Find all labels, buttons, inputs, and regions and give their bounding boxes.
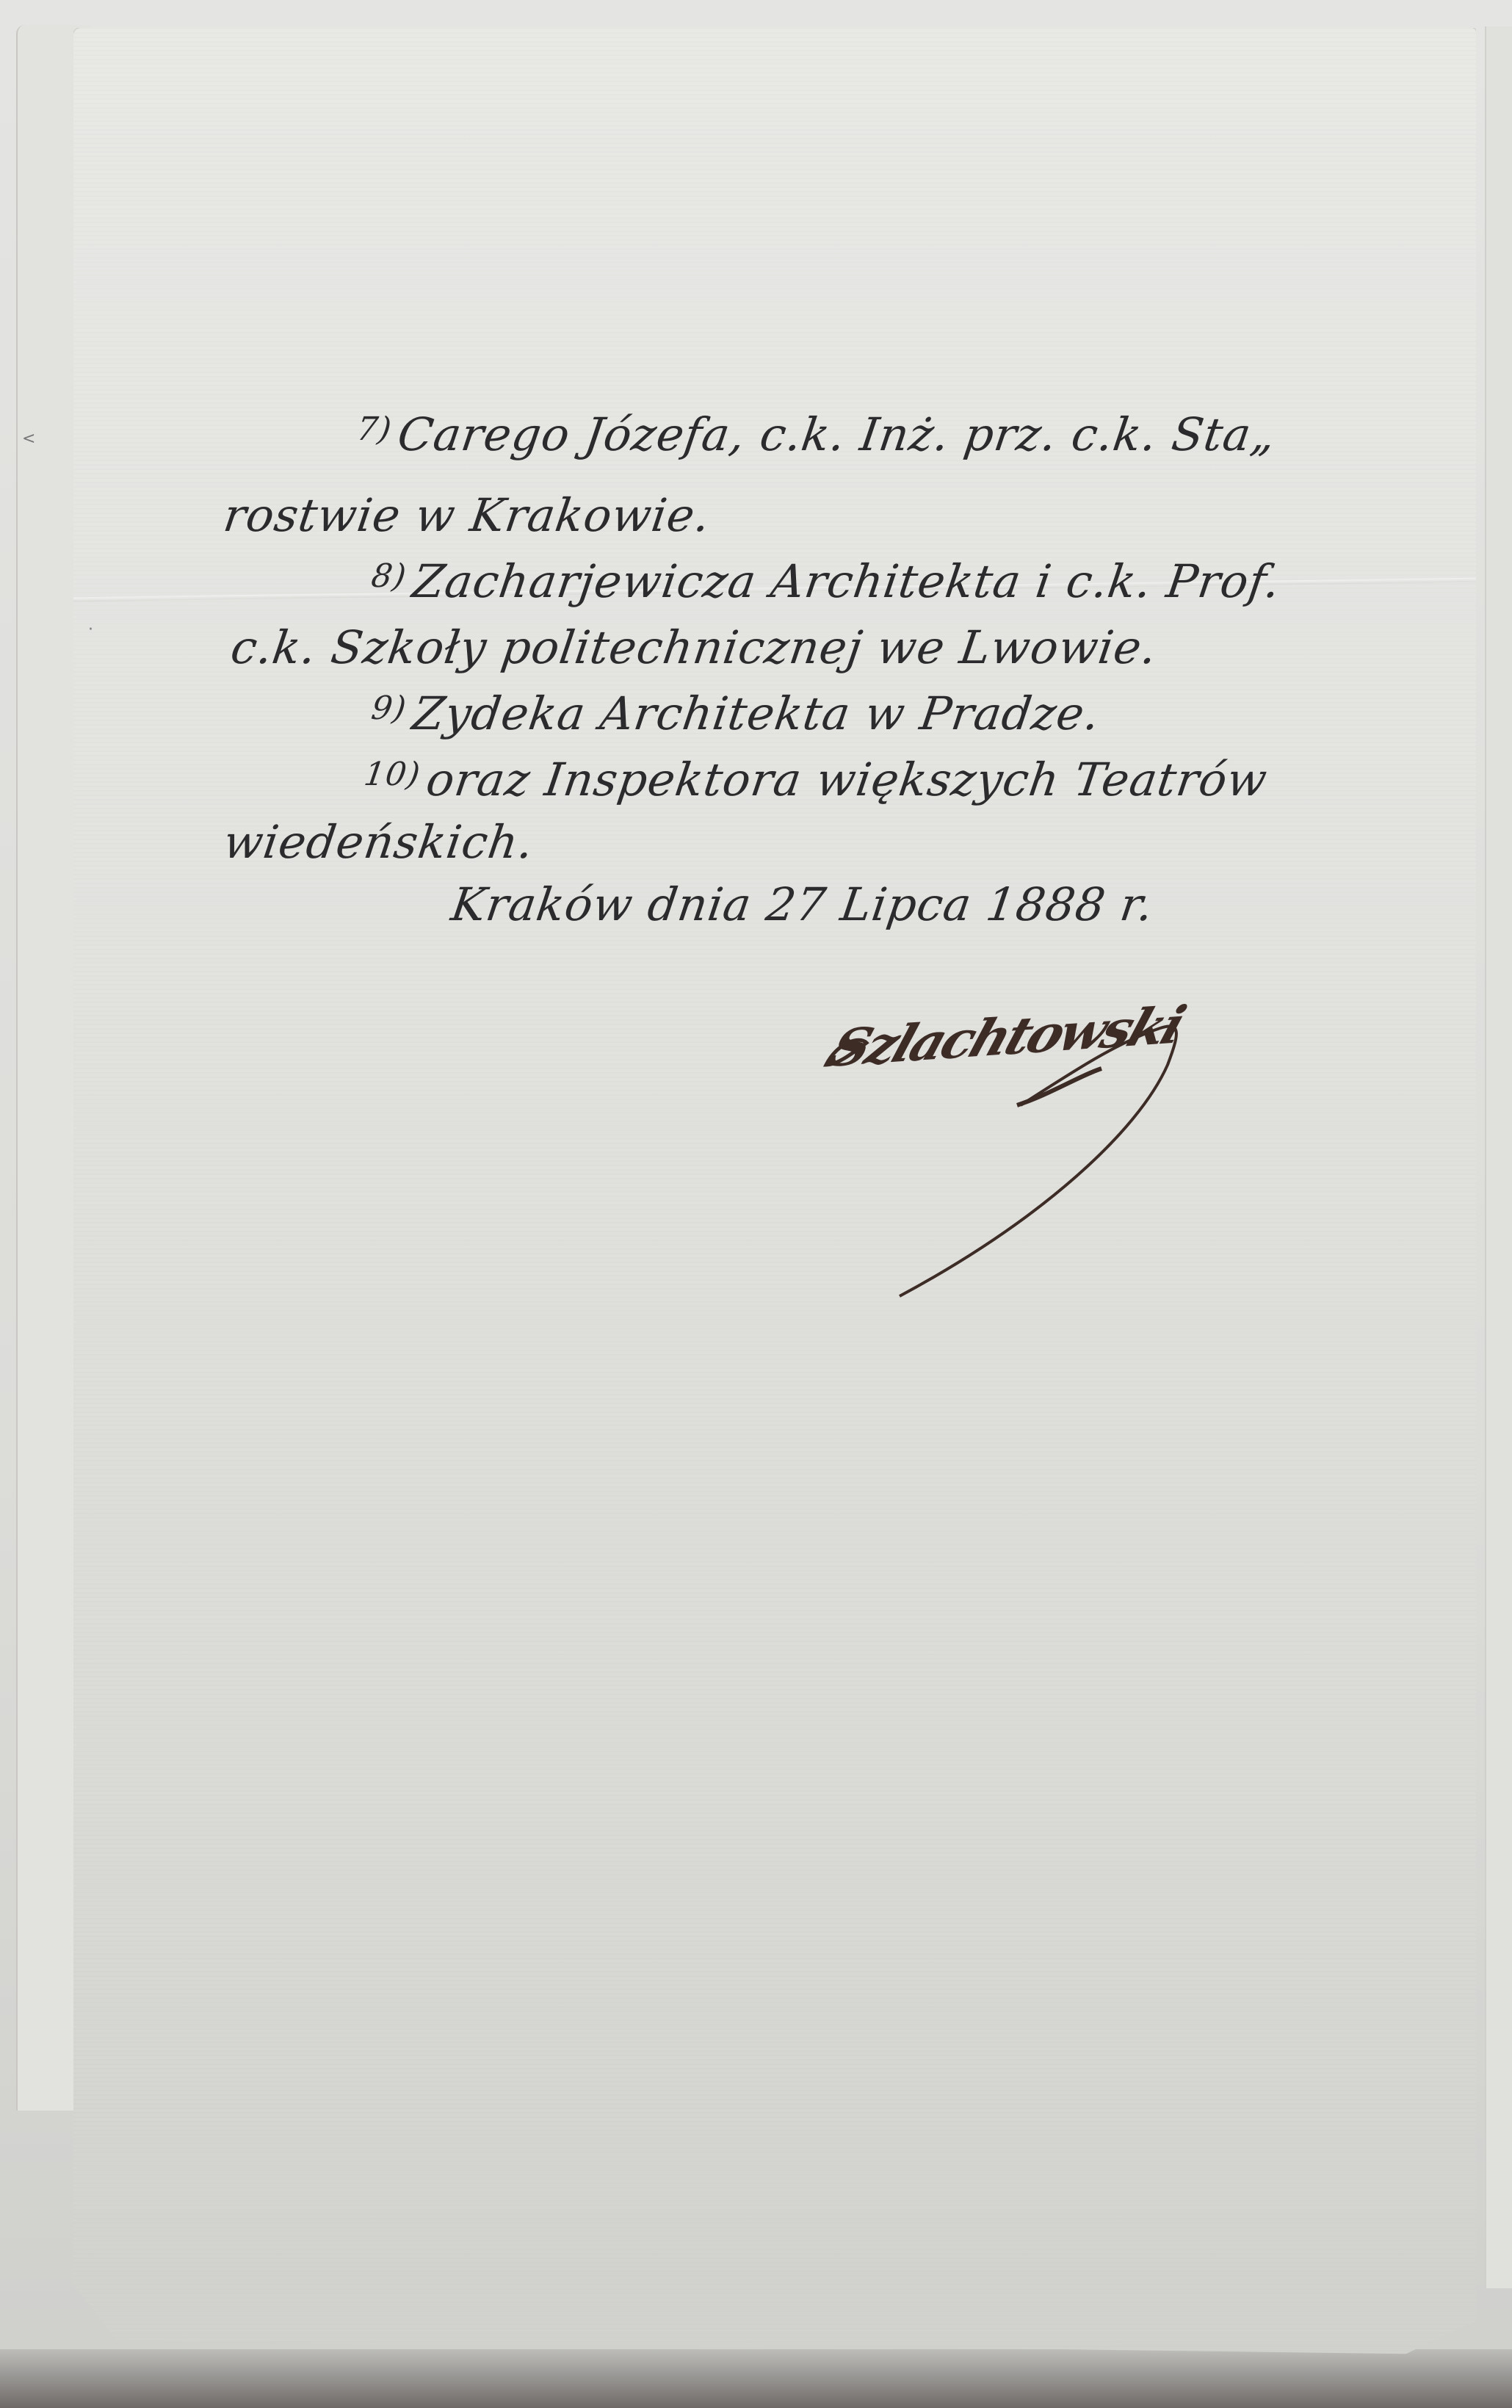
list-item-8-line-2: c.k. Szkoły politechnicznej we Lwowie. (228, 621, 1161, 674)
item-text: wiedeńskich. (220, 815, 538, 869)
item-number: 10) (362, 756, 423, 793)
list-item-8-line-1: 8)Zacharjewicza Architekta i c.k. Prof. (367, 554, 1284, 608)
list-item-7-line-1: 7)Carego Józefa, c.k. Inż. prz. c.k. Sta… (352, 408, 1279, 461)
signature-flourish-icon (808, 984, 1285, 1315)
list-item-9-line-1: 9)Zydeka Architekta w Pradze. (367, 687, 1104, 740)
item-text: rostwie w Krakowie. (220, 488, 714, 542)
item-number: 9) (369, 690, 409, 727)
margin-mark: · (88, 621, 93, 639)
dateline: Kraków dnia 27 Lipca 1888 r. (448, 878, 1157, 931)
item-text: c.k. Szkoły politechnicznej we Lwowie. (228, 621, 1161, 674)
list-item-10-line-2: wiedeńskich. (220, 815, 538, 869)
list-item-10-line-1: 10)oraz Inspektora większych Teatrów (360, 753, 1271, 806)
bottom-shadow (0, 2349, 1512, 2408)
margin-mark: < (22, 430, 35, 448)
item-text: Carego Józefa, c.k. Inż. prz. c.k. Sta„ (394, 408, 1279, 461)
item-text: Zacharjewicza Architekta i c.k. Prof. (409, 554, 1284, 608)
item-number: 8) (369, 557, 409, 595)
item-text: Zydeka Architekta w Pradze. (409, 687, 1103, 740)
underlying-sheet-right (1485, 26, 1512, 2288)
item-text: oraz Inspektora większych Teatrów (423, 753, 1270, 806)
list-item-7-line-2: rostwie w Krakowie. (220, 488, 714, 542)
item-number: 7) (355, 411, 394, 448)
dateline-text: Kraków dnia 27 Lipca 1888 r. (448, 878, 1157, 931)
